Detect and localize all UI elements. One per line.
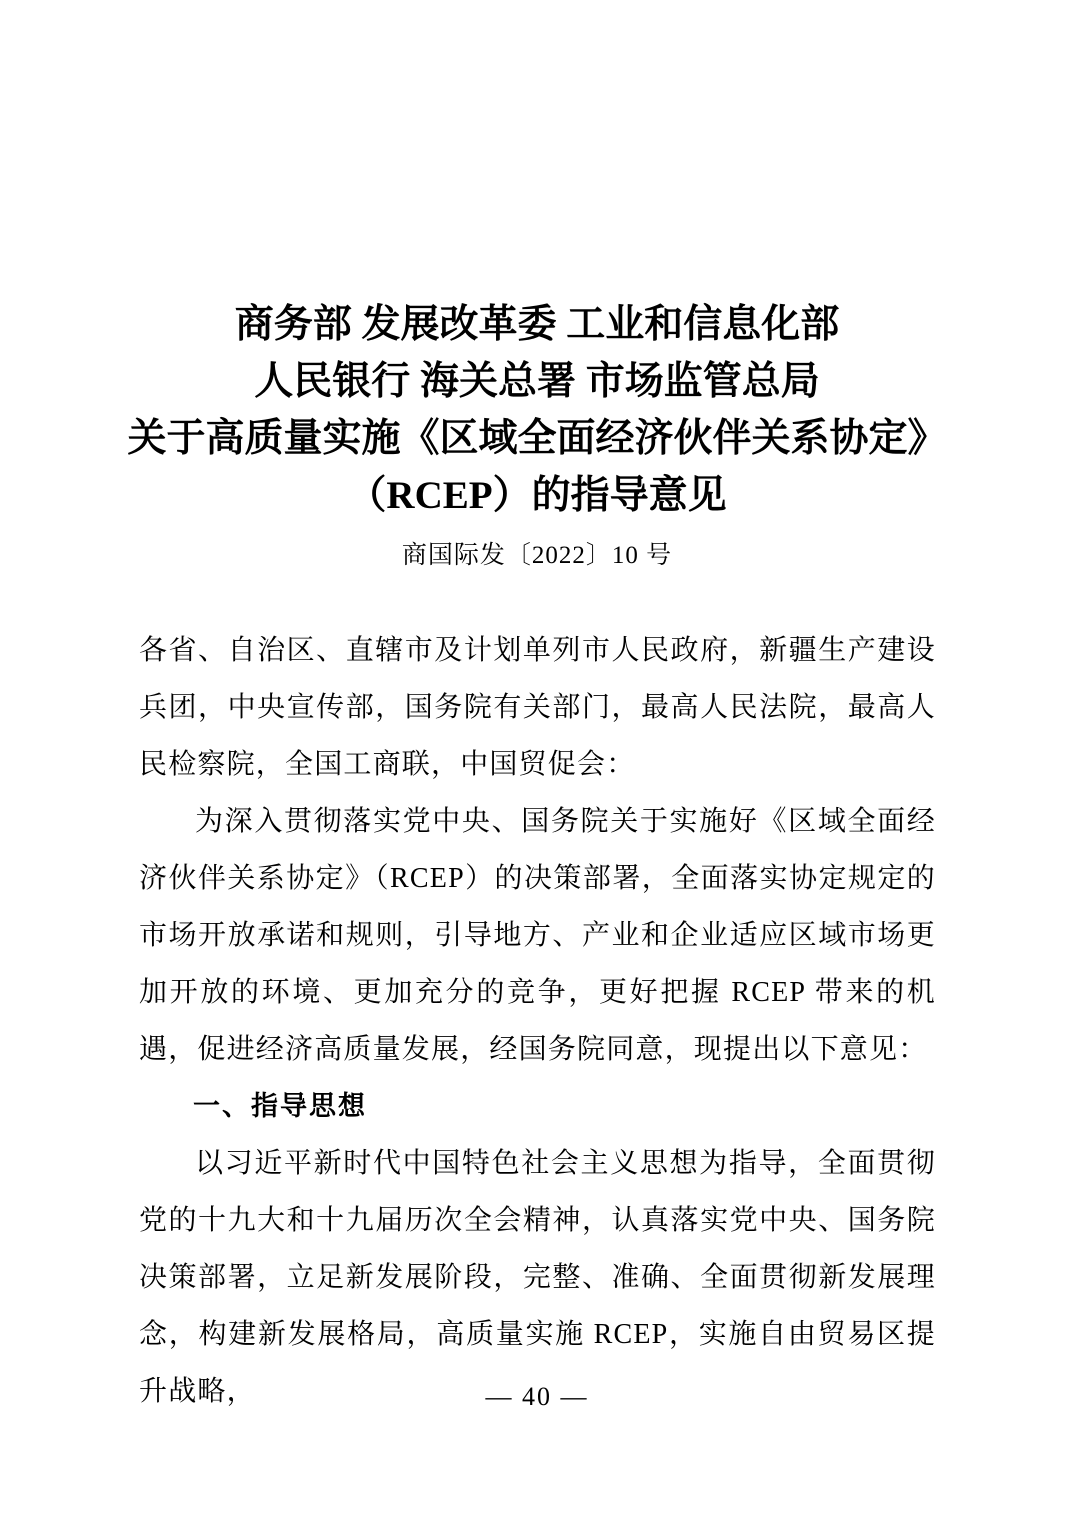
document-page: 商务部 发展改革委 工业和信息化部 人民银行 海关总署 市场监管总局 关于高质量…: [0, 0, 1074, 1520]
title-line-3: 关于高质量实施《区域全面经济伙伴关系协定》: [0, 410, 1074, 467]
title-line-4: （RCEP）的指导意见: [0, 467, 1074, 524]
body-paragraph-1: 为深入贯彻落实党中央、国务院关于实施好《区域全面经济伙伴关系协定》（RCEP）的…: [139, 793, 936, 1078]
document-title: 商务部 发展改革委 工业和信息化部 人民银行 海关总署 市场监管总局 关于高质量…: [0, 0, 1074, 524]
page-number: — 40 —: [0, 1379, 1074, 1415]
salutation-paragraph: 各省、自治区、直辖市及计划单列市人民政府，新疆生产建设兵团，中央宣传部，国务院有…: [139, 622, 936, 793]
document-body: 各省、自治区、直辖市及计划单列市人民政府，新疆生产建设兵团，中央宣传部，国务院有…: [139, 622, 936, 1420]
body-paragraph-2: 以习近平新时代中国特色社会主义思想为指导，全面贯彻党的十九大和十九届历次全会精神…: [139, 1135, 936, 1420]
document-number: 商国际发〔2022〕10 号: [0, 538, 1074, 574]
section-heading: 一、指导思想: [139, 1078, 936, 1135]
title-line-2: 人民银行 海关总署 市场监管总局: [0, 353, 1074, 410]
title-line-1: 商务部 发展改革委 工业和信息化部: [0, 296, 1074, 353]
